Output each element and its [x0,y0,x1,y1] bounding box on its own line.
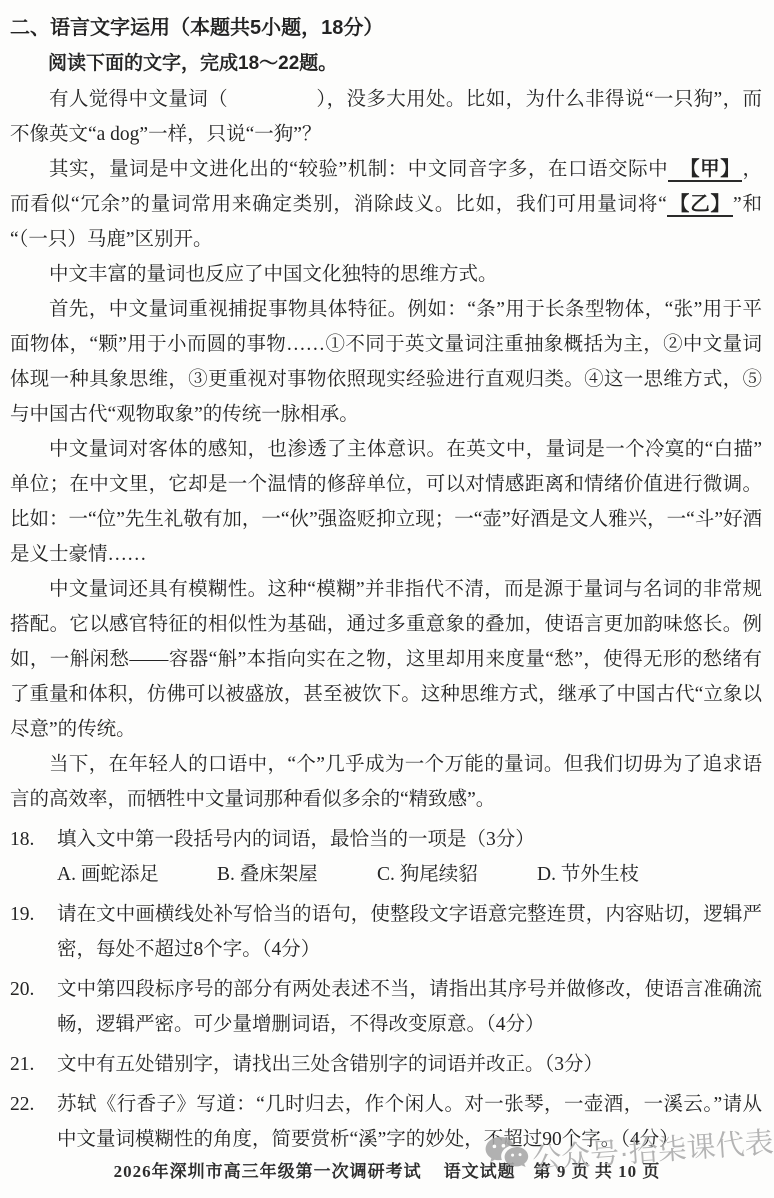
text-run: 其实，量词是中文进化出的“较验”机制：中文同音字多，在口语交际中 [49,159,668,180]
question-number-19: 19. [10,897,57,967]
question-number-18: 18. [10,822,57,892]
question-options-18: A. 画蛇添足B. 叠床架屋C. 狗尾续貂D. 节外生枝 [57,857,762,892]
question-list: 18.填入文中第一段括号内的词语，最恰当的一项是（3分）A. 画蛇添足B. 叠床… [10,822,762,1157]
exam-page: 二、语言文字运用（本题共5小题，18分） 阅读下面的文字，完成18～22题。 有… [0,0,774,1198]
question-number-20: 20. [10,972,57,1042]
option-d: D. 节外生枝 [537,857,639,892]
text-run: 中文量词对客体的感知，也渗透了主体意识。在英文中，量词是一个冷寞的“白描”单位；… [10,439,762,565]
fill-blank-jia: 【甲】 [668,159,742,182]
question-stem-19: 请在文中画横线处补写恰当的语句，使整段文字语意完整连贯，内容贴切，逻辑严密，每处… [57,897,762,967]
question-18: 18.填入文中第一段括号内的词语，最恰当的一项是（3分）A. 画蛇添足B. 叠床… [10,822,762,892]
text-run: 中文丰富的量词也反应了中国文化独特的思维方式。 [49,264,498,285]
question-body-18: 填入文中第一段括号内的词语，最恰当的一项是（3分）A. 画蛇添足B. 叠床架屋C… [57,822,762,892]
passage-paragraph-4: 首先，中文量词重视捕捉事物具体特征。例如：“条”用于长条型物体，“张”用于平面物… [10,292,762,432]
fill-blank-yi: 【乙】 [667,194,733,217]
option-c: C. 狗尾续貂 [377,857,537,892]
passage: 有人觉得中文量词（），没多大用处。比如，为什么非得说“一只狗”，而不像英文“a … [10,82,762,817]
passage-paragraph-5: 中文量词对客体的感知，也渗透了主体意识。在英文中，量词是一个冷寞的“白描”单位；… [10,432,762,572]
text-run: 首先，中文量词重视捕捉事物具体特征。例如：“条”用于长条型物体，“张”用于平面物… [10,299,762,425]
question-stem-18: 填入文中第一段括号内的词语，最恰当的一项是（3分） [57,822,762,857]
passage-paragraph-1: 有人觉得中文量词（），没多大用处。比如，为什么非得说“一只狗”，而不像英文“a … [10,82,762,152]
passage-paragraph-3: 中文丰富的量词也反应了中国文化独特的思维方式。 [10,257,762,292]
passage-paragraph-6: 中文量词还具有模糊性。这种“模糊”并非指代不清，而是源于量词与名词的非常规搭配。… [10,572,762,747]
question-stem-20: 文中第四段标序号的部分有两处表述不当，请指出其序号并做修改，使语言准确流畅，逻辑… [57,972,762,1042]
section-heading: 二、语言文字运用（本题共5小题，18分） [10,10,762,46]
question-20: 20.文中第四段标序号的部分有两处表述不当，请指出其序号并做修改，使语言准确流畅… [10,972,762,1042]
question-21: 21.文中有五处错别字，请找出三处含错别字的词语并改正。（3分） [10,1047,762,1082]
wechat-icon [483,1133,532,1184]
question-body-19: 请在文中画横线处补写恰当的语句，使整段文字语意完整连贯，内容贴切，逻辑严密，每处… [57,897,762,967]
question-body-20: 文中第四段标序号的部分有两处表述不当，请指出其序号并做修改，使语言准确流畅，逻辑… [57,972,762,1042]
footer-exam-title: 2026年深圳市高三年级第一次调研考试 [114,1162,422,1181]
passage-intro: 阅读下面的文字，完成18～22题。 [10,46,762,82]
option-b: B. 叠床架屋 [217,857,377,892]
text-run: 有人觉得中文量词（ [49,89,228,110]
passage-paragraph-2: 其实，量词是中文进化出的“较验”机制：中文同音字多，在口语交际中【甲】，而看似“… [10,152,762,257]
text-run: 当下，在年轻人的口语中，“个”几乎成为一个万能的量词。但我们切毋为了追求语言的高… [10,754,762,810]
question-body-21: 文中有五处错别字，请找出三处含错别字的词语并改正。（3分） [57,1047,762,1082]
page-content: 二、语言文字运用（本题共5小题，18分） 阅读下面的文字，完成18～22题。 有… [0,0,774,1157]
question-number-21: 21. [10,1047,57,1082]
option-a: A. 画蛇添足 [57,857,217,892]
text-run: 中文量词还具有模糊性。这种“模糊”并非指代不清，而是源于量词与名词的非常规搭配。… [10,579,762,740]
question-stem-21: 文中有五处错别字，请找出三处含错别字的词语并改正。（3分） [57,1047,762,1082]
passage-paragraph-7: 当下，在年轻人的口语中，“个”几乎成为一个万能的量词。但我们切毋为了追求语言的高… [10,747,762,817]
question-19: 19.请在文中画横线处补写恰当的语句，使整段文字语意完整连贯，内容贴切，逻辑严密… [10,897,762,967]
question-number-22: 22. [10,1087,57,1157]
